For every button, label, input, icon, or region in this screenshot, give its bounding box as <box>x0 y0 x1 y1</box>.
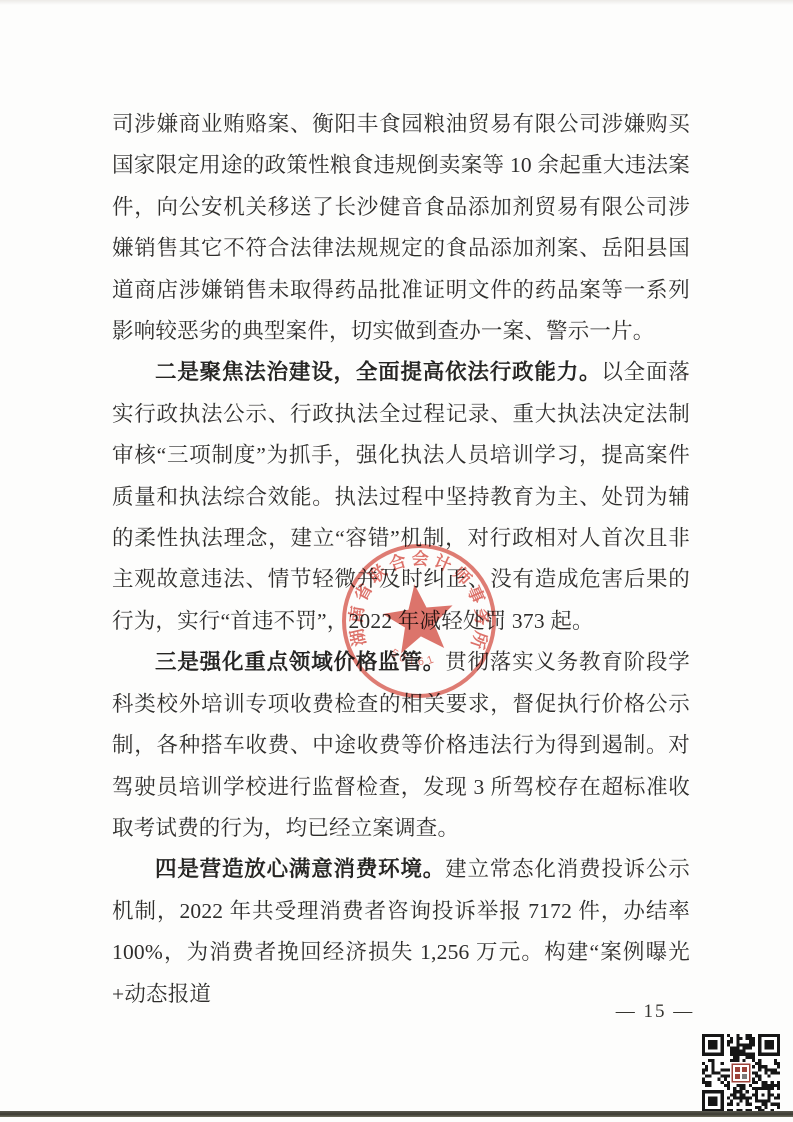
paragraph-text: 司涉嫌商业贿赂案、衡阳丰食园粮油贸易有限公司涉嫌购买国家限定用途的政策性粮食违规… <box>112 112 690 343</box>
paragraph: 四是营造放心满意消费环境。建立常态化消费投诉公示机制，2022 年共受理消费者咨… <box>112 849 690 1015</box>
paragraph-lead: 二是聚焦法治建设，全面提高依法行政能力。 <box>155 360 601 384</box>
scan-bottom-edge-line <box>0 1111 793 1117</box>
paragraph: 司涉嫌商业贿赂案、衡阳丰食园粮油贸易有限公司涉嫌购买国家限定用途的政策性粮食违规… <box>112 104 690 352</box>
paragraph-text: 贯彻落实义务教育阶段学科类校外培训专项收费检查的相关要求，督促执行价格公示制，各… <box>112 650 690 840</box>
page-number: — 15 — <box>560 1001 750 1023</box>
verification-qr-code-icon <box>702 1034 780 1112</box>
paragraph: 三是强化重点领域价格监管。贯彻落实义务教育阶段学科类校外培训专项收费检查的相关要… <box>112 642 690 849</box>
paragraph-lead: 三是强化重点领域价格监管。 <box>155 650 445 674</box>
qr-code-icon <box>702 1034 780 1112</box>
paragraph-text: 以全面落实行政执法公示、行政执法全过程记录、重大执法决定法制审核“三项制度”为抓… <box>112 360 690 632</box>
document-body: 司涉嫌商业贿赂案、衡阳丰食园粮油贸易有限公司涉嫌购买国家限定用途的政策性粮食违规… <box>112 104 690 1015</box>
paragraph-lead: 四是营造放心满意消费环境。 <box>155 857 445 881</box>
scan-top-edge <box>0 0 793 5</box>
document-page: 司涉嫌商业贿赂案、衡阳丰食园粮油贸易有限公司涉嫌购买国家限定用途的政策性粮食违规… <box>0 0 793 1122</box>
paragraph: 二是聚焦法治建设，全面提高依法行政能力。以全面落实行政执法公示、行政执法全过程记… <box>112 352 690 642</box>
